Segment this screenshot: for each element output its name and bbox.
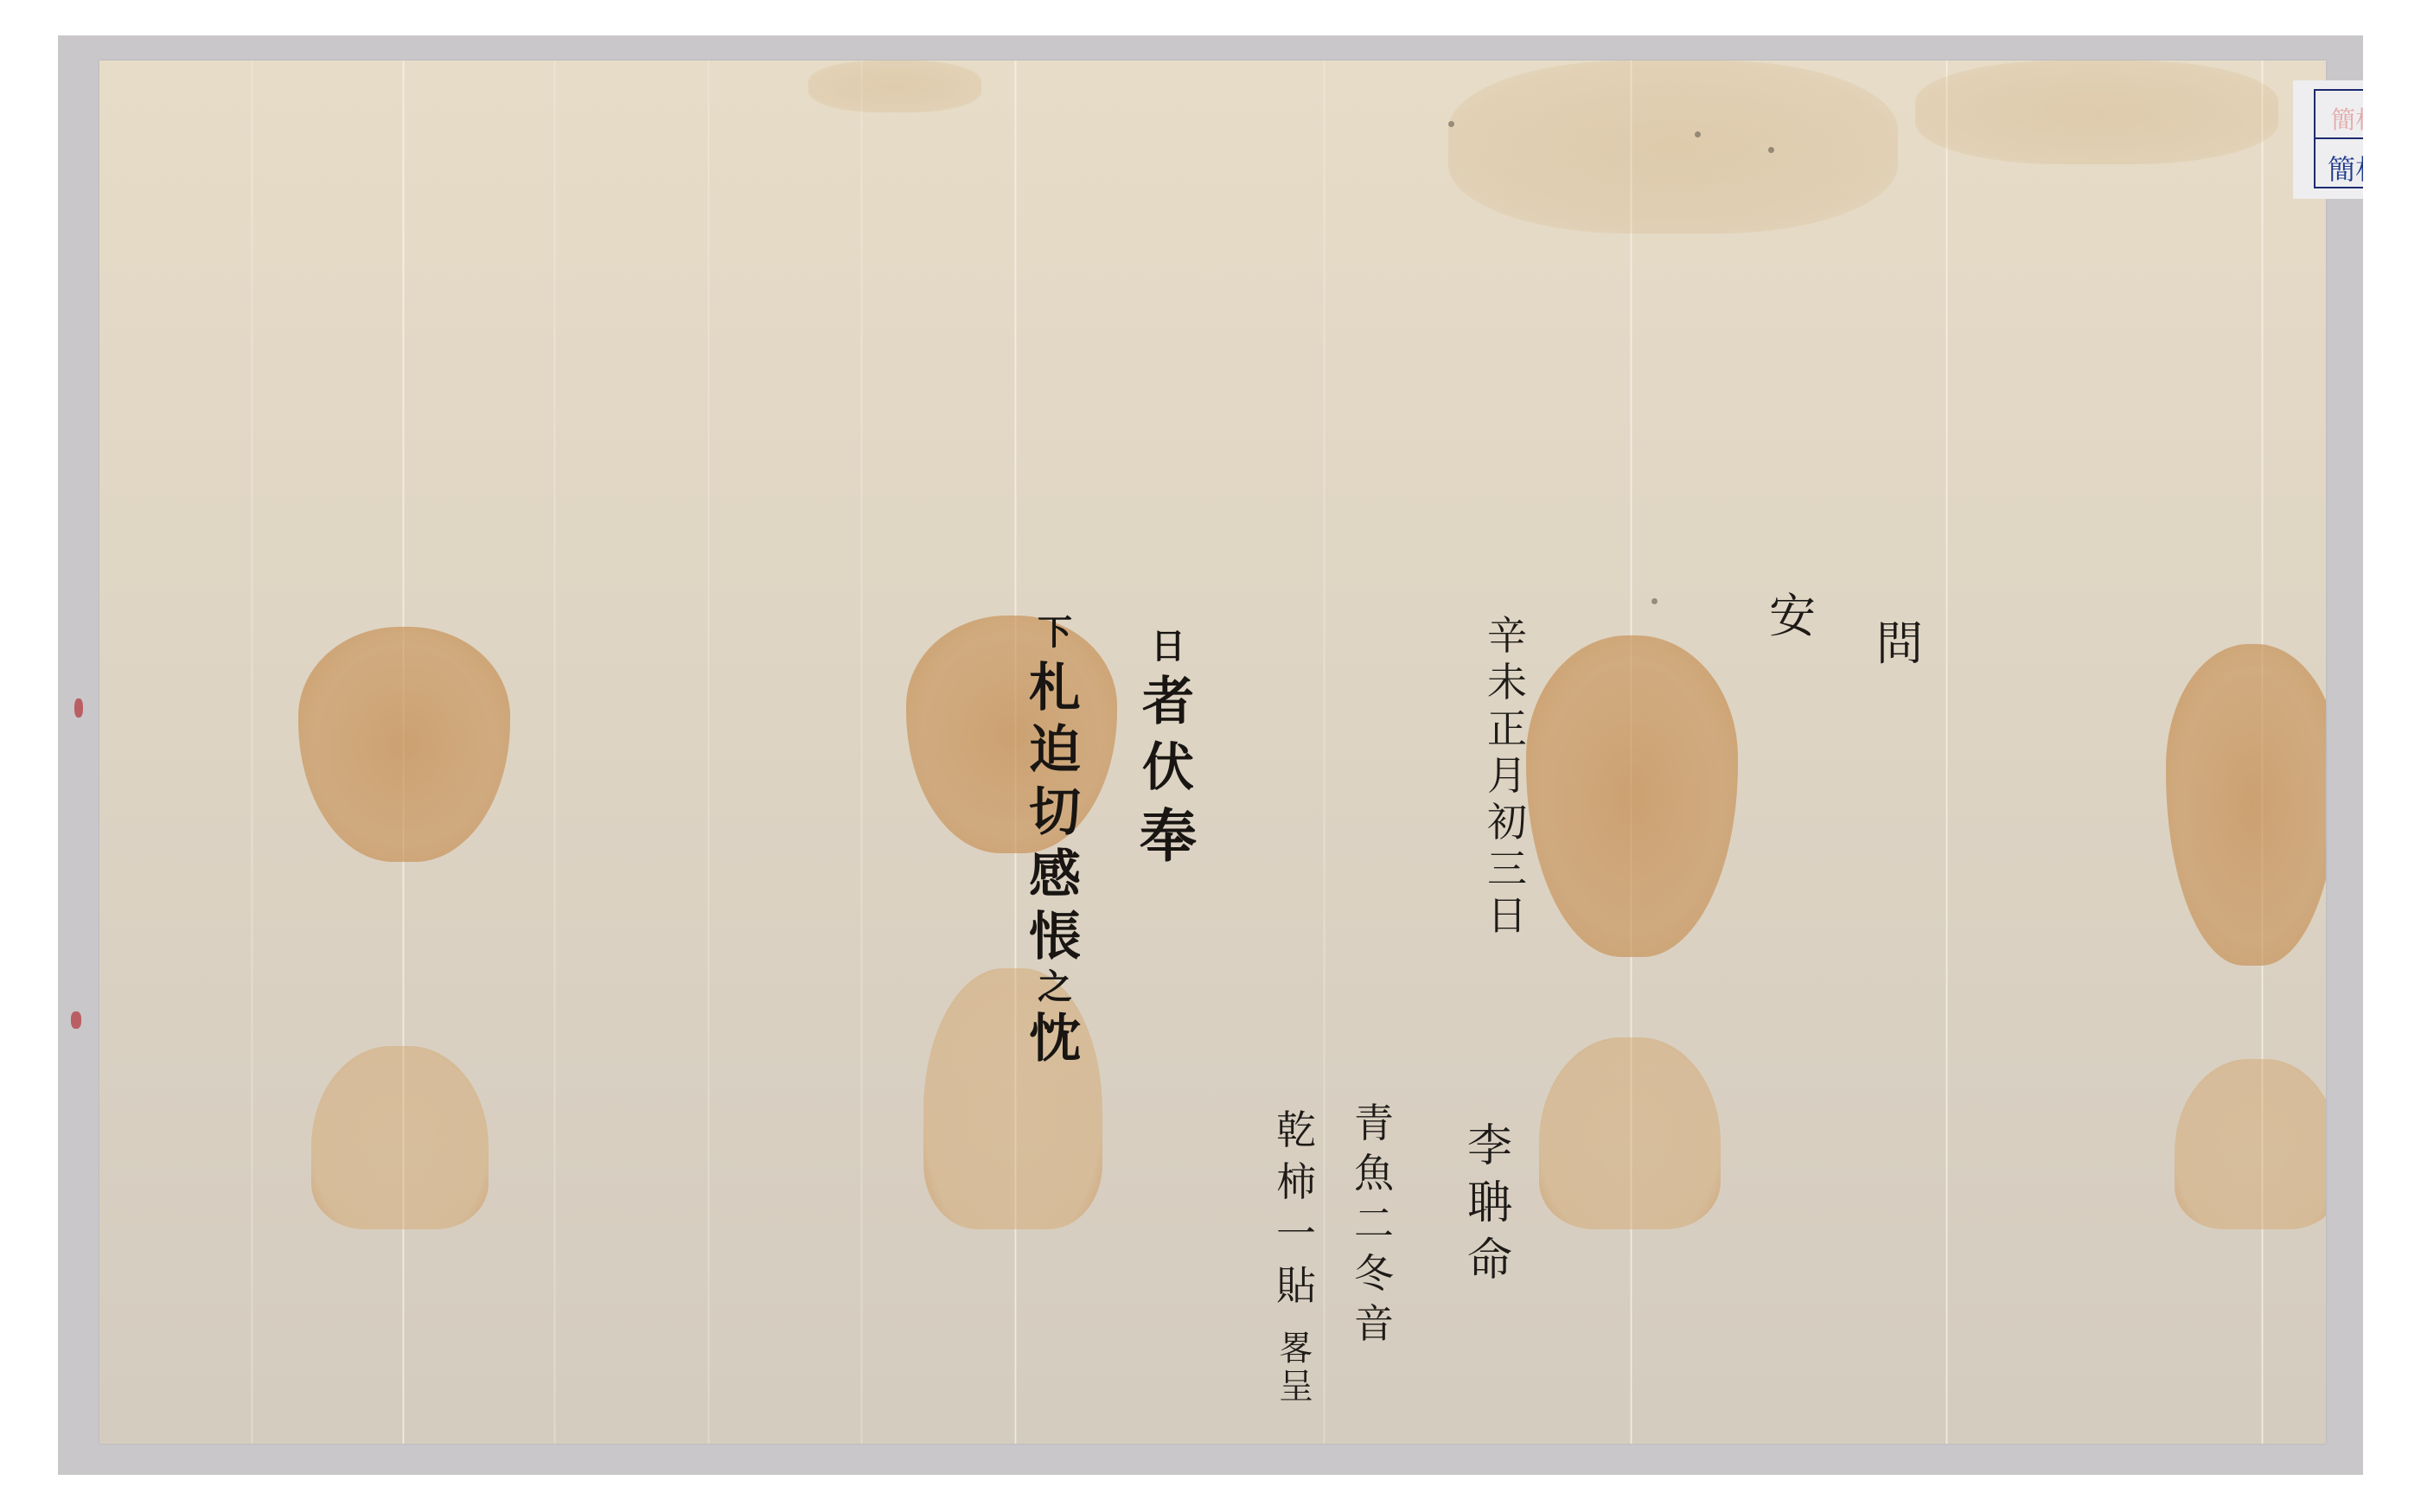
text-column-body-2: 下 札 迫 切 感 悵 之 忱	[1029, 616, 1081, 1074]
text-column-greeting-1: 問	[1876, 621, 1923, 674]
text-column-gift-1: 青 魚 二 冬 音	[1354, 1103, 1394, 1350]
text-column-gift-2: 乾 柿 一 貼 畧 呈	[1276, 1110, 1316, 1411]
char: 悵	[1029, 911, 1081, 963]
oil-stain	[2166, 644, 2326, 966]
char: 者	[1142, 676, 1194, 728]
char: 辛	[1487, 616, 1527, 655]
water-stain	[808, 61, 981, 112]
char: 命	[1467, 1238, 1512, 1283]
char: 柿	[1276, 1162, 1316, 1202]
char: 下	[1038, 616, 1072, 650]
fold-line	[553, 61, 556, 1444]
text-column-greeting-2: 安	[1769, 593, 1816, 647]
char: 未	[1487, 662, 1527, 702]
char: 日	[1487, 896, 1527, 935]
fold-line	[707, 61, 710, 1444]
text-column-date: 辛 未 正 月 初 三 日	[1487, 616, 1527, 942]
archive-label: 簡札 簡札	[2293, 80, 2363, 199]
char: 二	[1354, 1203, 1394, 1243]
fold-line	[1323, 61, 1325, 1444]
char: 音	[1354, 1304, 1394, 1343]
label-row-title: 簡札	[2316, 139, 2363, 188]
fold-line	[860, 61, 863, 1444]
oil-stain	[1539, 1037, 1721, 1229]
char: 一	[1276, 1214, 1316, 1254]
char: 安	[1769, 593, 1816, 640]
char: 三	[1487, 849, 1527, 889]
label-row-original: 簡札	[2316, 91, 2363, 139]
label-frame: 簡札 簡札	[2314, 89, 2363, 188]
char: 札	[1029, 662, 1081, 714]
fold-line	[251, 61, 253, 1444]
speck	[1448, 121, 1454, 127]
red-mark	[71, 1011, 81, 1029]
oil-stain	[1526, 635, 1738, 957]
oil-stain	[906, 616, 1117, 853]
oil-stain	[298, 627, 510, 862]
char: 伏	[1142, 742, 1194, 794]
char: 正	[1487, 709, 1527, 749]
char: 之	[1038, 970, 1072, 1005]
char: 李	[1467, 1124, 1512, 1169]
text-column-sender: 李 聃 命	[1467, 1124, 1512, 1290]
letter-paper	[99, 61, 2326, 1444]
water-stain	[1915, 61, 2278, 164]
text-column-body-1: 日 者 伏 奉	[1140, 629, 1197, 873]
char: 初	[1487, 802, 1527, 842]
oil-stain	[311, 1046, 489, 1229]
char: 聃	[1467, 1181, 1512, 1226]
speck	[1695, 131, 1701, 137]
char: 問	[1876, 621, 1923, 667]
char: 月	[1487, 756, 1527, 795]
char: 忱	[1029, 1013, 1081, 1065]
char: 日	[1151, 629, 1185, 664]
fold-line	[1945, 61, 1948, 1444]
char: 貼	[1276, 1266, 1316, 1305]
char: 青	[1354, 1103, 1394, 1143]
char: 乾	[1276, 1110, 1316, 1150]
red-mark	[74, 699, 83, 718]
char: 呈	[1279, 1369, 1313, 1404]
char: 感	[1029, 849, 1081, 901]
char: 魚	[1354, 1153, 1394, 1193]
char: 迫	[1029, 724, 1081, 776]
speck	[1651, 598, 1658, 604]
water-stain	[1448, 61, 1898, 233]
char: 切	[1029, 787, 1081, 839]
char: 奉	[1140, 807, 1197, 864]
speck	[1768, 147, 1774, 153]
char: 畧	[1279, 1331, 1313, 1366]
oil-stain	[2175, 1059, 2326, 1229]
char: 冬	[1354, 1254, 1394, 1293]
